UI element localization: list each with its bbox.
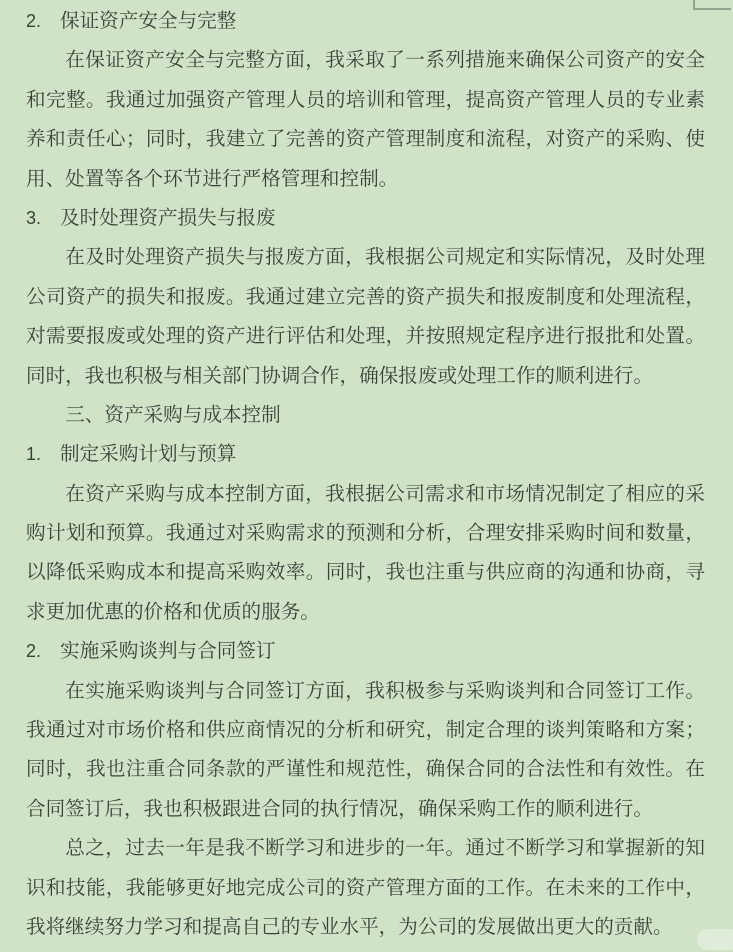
document-line: 我将继续努力学习和提高自己的专业水平，为公司的发展做出更大的贡献。 — [26, 908, 705, 947]
document-line: 2.实施采购谈判与合同签订 — [26, 632, 705, 671]
line-text: 同时，我也积极与相关部门协调合作，确保报废或处理工作的顺利进行。 — [26, 365, 653, 387]
line-text: 用、处置等各个环节进行严格管理和控制。 — [26, 168, 398, 190]
document-line: 总之，过去一年是我不断学习和进步的一年。通过不断学习和掌握新的知 — [26, 829, 705, 868]
line-text: 我将继续努力学习和提高自己的专业水平，为公司的发展做出更大的贡献。 — [26, 916, 673, 938]
line-text: 保证资产安全与完整 — [60, 10, 236, 32]
line-text: 公司资产的损失和报废。我通过建立完善的资产损失和报废制度和处理流程， — [26, 286, 705, 308]
line-text: 在资产采购与成本控制方面，我根据公司需求和市场情况制定了相应的采 — [65, 483, 705, 505]
document-line: 养和责任心；同时，我建立了完善的资产管理制度和流程，对资产的采购、使 — [26, 120, 705, 159]
document-line: 识和技能，我能够更好地完成公司的资产管理方面的工作。在未来的工作中， — [26, 869, 705, 908]
line-text: 在及时处理资产损失与报废方面，我根据公司规定和实际情况，及时处理 — [65, 246, 705, 268]
document-line: 用、处置等各个环节进行严格管理和控制。 — [26, 160, 705, 199]
document-line: 对需要报废或处理的资产进行评估和处理，并按照规定程序进行报批和处置。 — [26, 317, 705, 356]
line-text: 及时处理资产损失与报废 — [60, 207, 276, 229]
line-text: 同时，我也注重合同条款的严谨性和规范性，确保合同的合法性和有效性。在 — [26, 758, 705, 780]
document-line: 合同签订后，我也积极跟进合同的执行情况，确保采购工作的顺利进行。 — [26, 790, 705, 829]
document-line: 3.及时处理资产损失与报废 — [26, 199, 705, 238]
line-text: 总之，过去一年是我不断学习和进步的一年。通过不断学习和掌握新的知 — [65, 837, 705, 859]
document-line: 同时，我也积极与相关部门协调合作，确保报废或处理工作的顺利进行。 — [26, 357, 705, 396]
line-text: 和完整。我通过加强资产管理人员的培训和管理，提高资产管理人员的专业素 — [26, 89, 705, 111]
line-text: 识和技能，我能够更好地完成公司的资产管理方面的工作。在未来的工作中， — [26, 877, 705, 899]
line-text: 购计划和预算。我通过对采购需求的预测和分析，合理安排采购时间和数量， — [26, 522, 705, 544]
document-line: 同时，我也注重合同条款的严谨性和规范性，确保合同的合法性和有效性。在 — [26, 750, 705, 789]
document-line: 三、资产采购与成本控制 — [26, 396, 705, 435]
line-text: 求更加优惠的价格和优质的服务。 — [26, 601, 320, 623]
document-line: 1.制定采购计划与预算 — [26, 435, 705, 474]
document-line: 在实施采购谈判与合同签订方面，我积极参与采购谈判和合同签订工作。 — [26, 672, 705, 711]
line-text: 制定采购计划与预算 — [60, 443, 236, 465]
list-number: 2. — [26, 2, 60, 41]
document-line: 2.保证资产安全与完整 — [26, 2, 705, 41]
cutoff-box-corner-icon — [693, 0, 731, 10]
document-page: 2.保证资产安全与完整在保证资产安全与完整方面，我采取了一系列措施来确保公司资产… — [0, 0, 733, 952]
list-number: 3. — [26, 199, 60, 238]
list-number: 2. — [26, 632, 60, 671]
document-text-block: 2.保证资产安全与完整在保证资产安全与完整方面，我采取了一系列措施来确保公司资产… — [0, 0, 733, 947]
line-text: 合同签订后，我也积极跟进合同的执行情况，确保采购工作的顺利进行。 — [26, 798, 653, 820]
line-text: 我通过对市场价格和供应商情况的分析和研究，制定合理的谈判策略和方案； — [26, 719, 705, 741]
line-text: 三、资产采购与成本控制 — [65, 404, 281, 426]
document-line: 购计划和预算。我通过对采购需求的预测和分析，合理安排采购时间和数量， — [26, 514, 705, 553]
line-text: 养和责任心；同时，我建立了完善的资产管理制度和流程，对资产的采购、使 — [26, 128, 705, 150]
document-line: 我通过对市场价格和供应商情况的分析和研究，制定合理的谈判策略和方案； — [26, 711, 705, 750]
document-line: 求更加优惠的价格和优质的服务。 — [26, 593, 705, 632]
document-line: 在资产采购与成本控制方面，我根据公司需求和市场情况制定了相应的采 — [26, 475, 705, 514]
line-text: 对需要报废或处理的资产进行评估和处理，并按照规定程序进行报批和处置。 — [26, 325, 705, 347]
document-line: 以降低采购成本和提高采购效率。同时，我也注重与供应商的沟通和协商，寻 — [26, 553, 705, 592]
document-line: 在及时处理资产损失与报废方面，我根据公司规定和实际情况，及时处理 — [26, 238, 705, 277]
line-text: 在保证资产安全与完整方面，我采取了一系列措施来确保公司资产的安全 — [65, 49, 705, 71]
line-text: 以降低采购成本和提高采购效率。同时，我也注重与供应商的沟通和协商，寻 — [26, 561, 705, 583]
document-line: 公司资产的损失和报废。我通过建立完善的资产损失和报废制度和处理流程， — [26, 278, 705, 317]
highlight-pill-fragment — [697, 929, 733, 950]
list-number: 1. — [26, 435, 60, 474]
document-line: 在保证资产安全与完整方面，我采取了一系列措施来确保公司资产的安全 — [26, 41, 705, 80]
line-text: 在实施采购谈判与合同签订方面，我积极参与采购谈判和合同签订工作。 — [65, 680, 705, 702]
document-line: 和完整。我通过加强资产管理人员的培训和管理，提高资产管理人员的专业素 — [26, 81, 705, 120]
line-text: 实施采购谈判与合同签订 — [60, 640, 276, 662]
